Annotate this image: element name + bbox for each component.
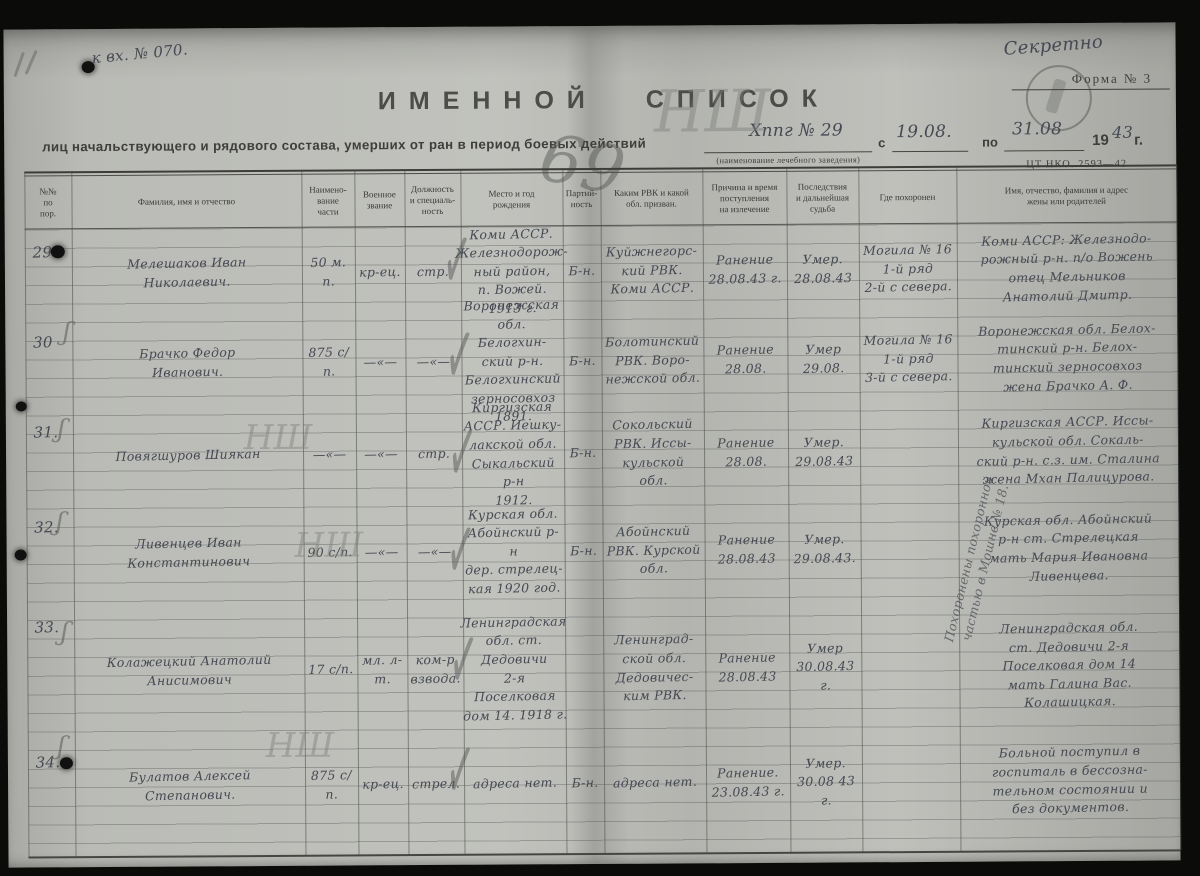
cell-burial: Могила № 16 1-й ряд 2-й с севера. [858,223,958,315]
from-date-handwritten: 19.08. [896,122,952,142]
pencil-scribble: НШ [244,418,313,458]
cell-cause: Ранение 28.08. [703,314,789,406]
cell-part: 50 м. п. [301,227,356,318]
secret-stamp: Секретно [1003,31,1104,59]
punch-hole [82,61,95,73]
cell-birth: Воронежская обл. Белогхин- ский р-н. Бел… [461,315,565,407]
col-header-party: Партий- ность [562,173,600,225]
cell-party [564,601,605,737]
cell-cause: Ранение. 23.08.43 г. [705,734,791,831]
cell-party: Б-н. [565,736,605,832]
cell-part: 875 с/п. [302,317,357,408]
corner-pencil-stroke [25,50,38,75]
table-row: 34.Булатов Алексей Степанович.875 с/п.кр… [28,732,1181,834]
cell-rank: кр-ец. [357,737,409,833]
cell-burial [861,733,961,830]
cell-name: Брачко Федор Иванович. [72,316,304,411]
col-header-unit: Наимено- вание части [301,174,354,226]
cell-rvk: Куйжнегорс- кий РВК. Коми АССР. [600,225,704,317]
from-date-line [892,151,968,152]
year-prefix: 19 [1092,132,1109,149]
cell-relatives: Ленинградская обл. ст. Дедовичи 2-я Посе… [958,596,1181,735]
from-label: с [878,135,885,150]
col-header-number: №№ по пор. [24,176,71,228]
table-row: 32.Ливенцев Иван Константинович90 с/п.—«… [26,497,1179,604]
cell-outcome: Умер. 30.08 43 г. [789,734,863,830]
year-handwritten: 43 [1112,123,1133,142]
col-header-outcome: Последствия и дальнейшая судьба [786,171,858,223]
cell-party: Б-н. [564,501,604,602]
cell-rvk: Сокольский РВК. Иссы- кульской обл. [601,405,705,502]
pencil-checkmark: ✓ [446,398,479,511]
col-header-rvk: Каким РВК и какой обл. призван. [600,172,702,225]
pencil-checkmark: ✓ [444,495,477,608]
cell-burial [859,403,959,500]
cell-rvk: Болотинский РВК. Воро- нежской обл. [601,315,705,407]
pencil-scribble: НШ [654,77,771,146]
pencil-checkmark: ✓ [443,300,476,413]
cell-num: 31. [25,409,74,505]
cell-cause: Ранение 28.08. [703,404,789,501]
incoming-number-note: к вх. № 070. [91,40,189,67]
cell-burial [860,498,960,600]
cell-rank: —«— [356,502,408,603]
cell-cause: Ранение 28.08.43 [704,599,791,736]
name-list-table: №№ по пор. Фамилия, имя и отчество Наиме… [24,164,1180,857]
cell-birth: Курская обл. Абойнский р-н дер. стрелец-… [462,500,566,602]
to-date-handwritten: 31.08 [1012,119,1062,139]
to-date-line [1004,150,1084,151]
cell-rank: мл. л-т. [356,602,409,738]
cell-rvk: адреса нет. [603,735,707,832]
punch-hole [16,401,27,411]
punch-hole [51,245,65,258]
document-paper: к вх. № 070. Секретно Форма № 3 ИМЕННОЙ … [3,22,1180,867]
pencil-marks-layer: ✓✓✓✓✓✓ʃʃʃʃʃНШНШНШНШ [3,22,1175,29]
scanned-document-page: { "annotations": { "corner_note": "к вх.… [0,0,1200,876]
to-label: по [982,135,998,150]
cell-name: Мелешаков Иван Николаевич. [71,226,303,321]
cell-relatives: Воронежская обл. Белох- тинский р-н. Бел… [957,311,1179,405]
cell-outcome: Умер. 29.08.43 [787,404,861,500]
cell-burial: Могила № 16 1-й ряд 3-й с севера. [859,313,959,405]
cell-cause: Ранение 28.08.43 [704,499,790,601]
cell-name: Колажецкий Анатолий Анисимович [73,601,306,741]
cell-num: 32. [26,504,75,605]
cell-relatives: Коми АССР: Железнодо- рожный р-н. п/о Во… [956,221,1178,315]
pencil-scribble: НШ [294,525,363,565]
corner-pencil-stroke [13,52,25,77]
pencil-checkmark: ✓ [441,205,474,318]
cell-name: Ливенцев Иван Константинович [73,501,305,606]
pencil-checkmark: ✓ [444,715,477,828]
col-header-birth: Место и год рождения [460,173,562,226]
pencil-scribble: НШ [266,726,335,766]
cell-outcome: Умер 30.08.43 г. [788,599,863,735]
cell-rank: кр-ец. [354,227,406,318]
cell-rank: —«— [355,317,407,408]
cell-rank: —«— [355,407,407,503]
year-suffix: г. [1134,132,1143,149]
col-header-burial: Где похоронен [858,171,956,224]
cell-party: Б-н. [562,226,602,317]
facility-caption: (наименование лечебного заведения) [692,154,884,165]
cell-party: Б-н. [563,406,603,502]
form-number-label: Форма № 3 [1072,71,1152,87]
cell-num: 34. [27,739,76,835]
facility-blank-line [704,151,872,153]
col-header-relatives: Имя, отчество, фамилия и адрес жены или … [956,169,1176,222]
cell-rvk: Ленинград- ской обл. Дедовичес- ким РВК. [602,600,707,737]
cell-birth: адреса нет. [463,735,567,832]
col-header-name: Фамилия, имя и отчество [71,175,301,228]
col-header-rank: Военное звание [354,174,404,226]
col-header-cause: Причина и время поступления на излечение [702,172,786,225]
cell-relatives: Больной поступил в госпиталь в бессозна-… [959,731,1181,830]
table-row: 33.Колажецкий Анатолий Анисимович17 с/п.… [27,597,1180,739]
pencil-checkmark: ✓ [447,605,480,718]
cell-part: 17 с/п. [303,602,359,738]
table-row: 29.Мелешаков Иван Николаевич.50 м. п.кр-… [25,222,1178,319]
cell-outcome: Умер. 29.08.43. [788,499,862,600]
page-title: ИМЕННОЙ СПИСОК [294,84,914,117]
table-body: 29.Мелешаков Иван Николаевич.50 м. п.кр-… [25,222,1181,856]
cell-rvk: Абойнский РВК. Курской обл. [602,500,706,602]
punch-hole [60,757,73,769]
cell-num: 29. [24,229,73,320]
cell-cause: Ранение 28.08.43 г. [702,224,788,316]
cell-outcome: Умер. 28.08.43 [786,224,860,315]
cell-party: Б-н. [563,316,603,407]
cell-outcome: Умер 29.08. [787,314,861,405]
punch-hole [15,549,27,560]
